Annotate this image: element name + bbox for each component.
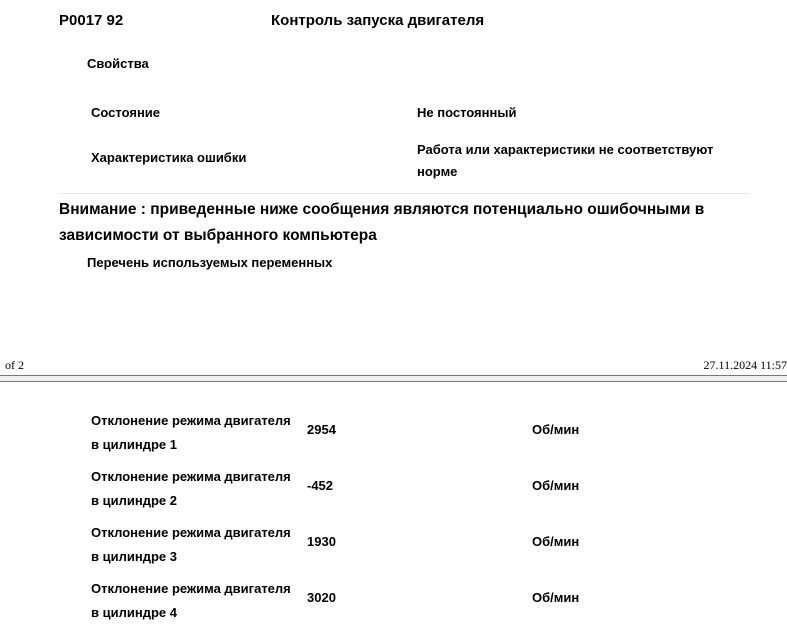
variable-value: 1930 (307, 534, 336, 549)
page-count: of 2 (5, 358, 24, 373)
variable-unit: Об/мин (532, 478, 579, 493)
variable-value: 2954 (307, 422, 336, 437)
status-value: Не постоянный (417, 105, 516, 120)
variable-value: -452 (307, 478, 333, 493)
variable-name: Отклонение режима двигателя в цилиндре 2 (91, 465, 291, 513)
variable-name: Отклонение режима двигателя в цилиндре 4 (91, 577, 291, 625)
variable-name: Отклонение режима двигателя в цилиндре 1 (91, 409, 291, 457)
divider (60, 193, 750, 194)
page-break (0, 375, 787, 382)
variables-heading: Перечень используемых переменных (87, 255, 332, 270)
variable-row: Отклонение режима двигателя в цилиндре 1… (91, 409, 691, 457)
variable-value: 3020 (307, 590, 336, 605)
variable-unit: Об/мин (532, 590, 579, 605)
fault-characteristic-label: Характеристика ошибки (91, 150, 246, 165)
fault-characteristic-value: Работа или характеристики не соответству… (417, 139, 747, 183)
variable-row: Отклонение режима двигателя в цилиндре 3… (91, 521, 691, 569)
fault-code: P0017 92 (59, 12, 123, 29)
print-timestamp: 27.11.2024 11:57 (704, 358, 787, 373)
properties-heading: Свойства (87, 56, 149, 71)
variable-name: Отклонение режима двигателя в цилиндре 3 (91, 521, 291, 569)
variable-unit: Об/мин (532, 422, 579, 437)
fault-title: Контроль запуска двигателя (271, 12, 484, 29)
variable-unit: Об/мин (532, 534, 579, 549)
status-label: Состояние (91, 105, 160, 120)
warning-text: Внимание : приведенные ниже сообщения яв… (59, 197, 759, 249)
variable-row: Отклонение режима двигателя в цилиндре 4… (91, 577, 691, 625)
variable-row: Отклонение режима двигателя в цилиндре 2… (91, 465, 691, 513)
